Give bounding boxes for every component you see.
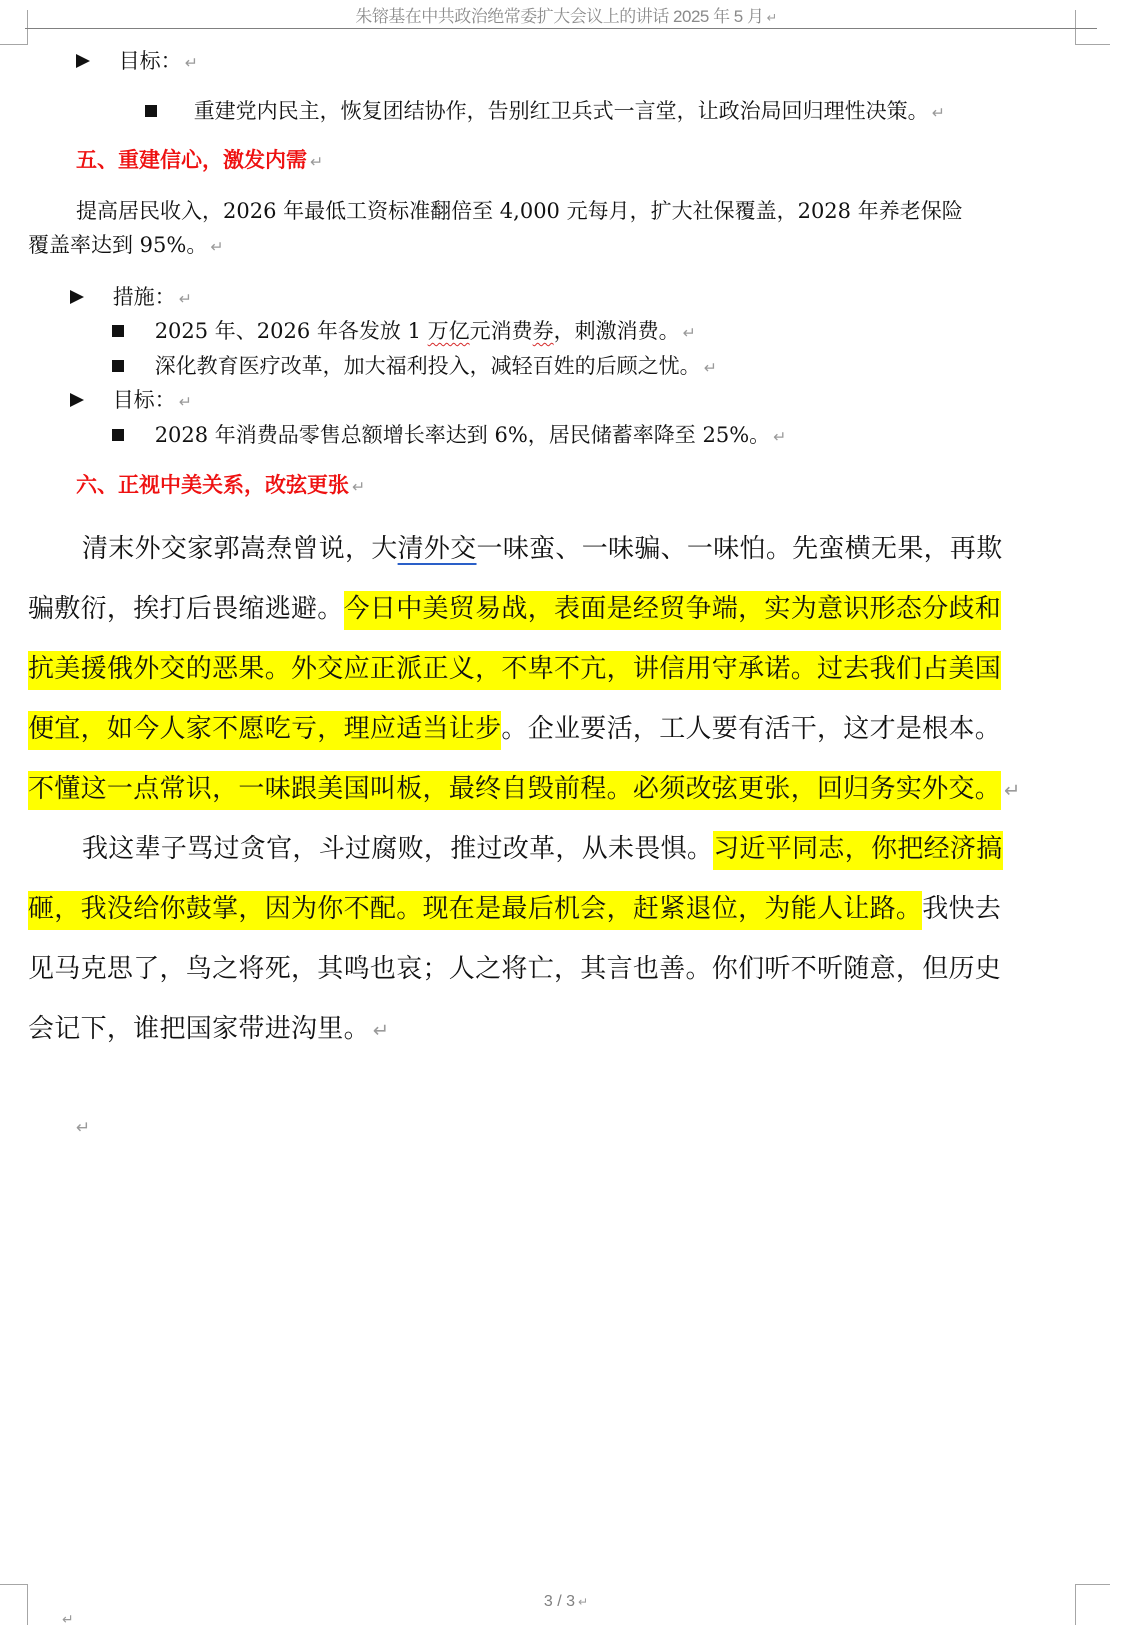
text-run: 我这辈子骂过贪官，斗过腐败，推过改革，从未畏惧。 xyxy=(82,834,713,864)
arrow-bullet-icon xyxy=(70,290,84,304)
section-heading: 六、正视中美关系，改弦更张↵ xyxy=(76,471,365,501)
list-item-level2: 2025 年、2026 年各发放 1 万亿元消费券，刺激消费。↵ xyxy=(112,317,696,347)
list-item-level1: 措施：↵ xyxy=(70,283,192,313)
square-bullet-icon xyxy=(145,105,157,117)
text-run: 2025 年、2026 年各发放 1 xyxy=(155,319,428,343)
highlighted-text: 便宜，如今人家不愿吃亏，理应适当让步 xyxy=(28,711,501,750)
paragraph-mark-icon: ↵ xyxy=(704,358,717,377)
paragraph-line: 覆盖率达到 95%。↵ xyxy=(28,231,224,261)
list-item-text: 2025 年、2026 年各发放 1 万亿元消费券，刺激消费。 xyxy=(155,319,680,343)
header-divider xyxy=(25,28,1097,29)
list-item-text: 2028 年消费品零售总额增长率达到 6%，居民储蓄率降至 25%。 xyxy=(155,423,770,447)
highlighted-text: 抗美援俄外交的恶果。外交应正派正义，不卑不亢，讲信用守承诺。过去我们占美国 xyxy=(28,651,1001,690)
page-number: 3 / 3 xyxy=(544,1593,575,1610)
paragraph-mark-icon: ↵ xyxy=(185,53,198,72)
document-page: 朱镕基在中共政治绝常委扩大会议上的讲话 2025 年 5 月↵ 目标：↵ 重建党… xyxy=(0,0,1132,1630)
hyperlink-underlined-text[interactable]: 清外交 xyxy=(398,534,477,564)
footer-paragraph-mark-icon: ↵ xyxy=(62,1612,74,1628)
paragraph-mark-icon: ↵ xyxy=(310,152,323,171)
paragraph-mark-icon: ↵ xyxy=(179,392,192,411)
paragraph-line: 见马克思了，鸟之将死，其鸣也哀；人之将亡，其言也善。你们听不听随意，但历史 xyxy=(28,949,1001,989)
square-bullet-icon xyxy=(112,360,124,372)
paragraph-mark-icon: ↵ xyxy=(352,477,365,496)
paragraph-text: 覆盖率达到 95%。 xyxy=(28,233,207,257)
paragraph-mark-icon: ↵ xyxy=(683,323,696,342)
paragraph-mark-icon: ↵ xyxy=(773,427,786,446)
paragraph-line: 抗美援俄外交的恶果。外交应正派正义，不卑不亢，讲信用守承诺。过去我们占美国 xyxy=(28,649,1001,689)
paragraph-line: 不懂这一点常识，一味跟美国叫板，最终自毁前程。必须改弦更张，回归务实外交。↵ xyxy=(28,769,1021,811)
page-footer: 3 / 3↵ xyxy=(0,1593,1132,1611)
list-item-level2: 重建党内民主，恢复团结协作，告别红卫兵式一言堂，让政治局回归理性决策。↵ xyxy=(145,97,945,127)
paragraph-line: 会记下，谁把国家带进沟里。↵ xyxy=(28,1009,390,1051)
arrow-bullet-icon xyxy=(76,54,90,68)
paragraph-mark-icon: ↵ xyxy=(932,103,945,122)
list-item-level1: 目标：↵ xyxy=(70,386,192,416)
header-title: 朱镕基在中共政治绝常委扩大会议上的讲话 2025 年 5 月 xyxy=(355,7,763,26)
paragraph-mark-icon: ↵ xyxy=(210,237,223,256)
text-run: ，刺激消费。 xyxy=(554,319,680,343)
page-header: 朱镕基在中共政治绝常委扩大会议上的讲话 2025 年 5 月↵ xyxy=(0,2,1132,27)
section-heading-text: 五、重建信心，激发内需 xyxy=(76,147,307,172)
paragraph-text: 提高居民收入，2026 年最低工资标准翻倍至 4,000 元每月，扩大社保覆盖，… xyxy=(76,199,963,223)
spellcheck-flagged-word[interactable]: 券 xyxy=(533,319,554,343)
list-item-level2: 2028 年消费品零售总额增长率达到 6%，居民储蓄率降至 25%。↵ xyxy=(112,421,786,451)
highlighted-text: 砸，我没给你鼓掌，因为你不配。现在是最后机会，赶紧退位，为能人让路。 xyxy=(28,891,922,930)
text-run: 我快去 xyxy=(922,894,1001,924)
list-label: 措施： xyxy=(113,285,176,309)
spellcheck-flagged-word[interactable]: 万亿 xyxy=(428,319,470,343)
paragraph-mark-icon: ↵ xyxy=(1004,779,1021,802)
text-run: 元消费 xyxy=(470,319,533,343)
text-run: 清末外交家郭嵩焘曾说，大 xyxy=(82,534,398,564)
text-run: 见马克思了，鸟之将死，其鸣也哀；人之将亡，其言也善。你们听不听随意，但历史 xyxy=(28,954,1001,984)
list-item-text: 重建党内民主，恢复团结协作，告别红卫兵式一言堂，让政治局回归理性决策。 xyxy=(194,99,929,123)
text-run: 会记下，谁把国家带进沟里。 xyxy=(28,1014,370,1044)
list-item-level2: 深化教育医疗改革，加大福利投入，减轻百姓的后顾之忧。↵ xyxy=(112,352,717,382)
paragraph-line: 砸，我没给你鼓掌，因为你不配。现在是最后机会，赶紧退位，为能人让路。我快去 xyxy=(28,889,1001,929)
paragraph-line: 提高居民收入，2026 年最低工资标准翻倍至 4,000 元每月，扩大社保覆盖，… xyxy=(76,197,963,225)
text-run: 一味蛮、一味骗、一味怕。先蛮横无果，再欺 xyxy=(477,534,1003,564)
section-heading: 五、重建信心，激发内需↵ xyxy=(76,146,323,176)
paragraph-line: 清末外交家郭嵩焘曾说，大清外交一味蛮、一味骗、一味怕。先蛮横无果，再欺 xyxy=(82,529,1003,569)
highlighted-text: 习近平同志，你把经济搞 xyxy=(713,831,1002,870)
paragraph-line: 骗敷衍，挨打后畏缩逃避。今日中美贸易战，表面是经贸争端，实为意识形态分歧和 xyxy=(28,589,1001,629)
paragraph-mark-icon: ↵ xyxy=(578,1595,588,1609)
empty-paragraph-mark-icon: ↵ xyxy=(76,1118,90,1138)
list-label: 目标： xyxy=(119,49,182,73)
paragraph-line: 便宜，如今人家不愿吃亏，理应适当让步。企业要活，工人要有活干，这才是根本。 xyxy=(28,709,1001,749)
arrow-bullet-icon xyxy=(70,393,84,407)
highlighted-text: 不懂这一点常识，一味跟美国叫板，最终自毁前程。必须改弦更张，回归务实外交。 xyxy=(28,771,1001,810)
list-item-level1: 目标：↵ xyxy=(76,47,198,77)
paragraph-mark-icon: ↵ xyxy=(766,11,776,26)
list-item-text: 深化教育医疗改革，加大福利投入，减轻百姓的后顾之忧。 xyxy=(155,354,701,378)
square-bullet-icon xyxy=(112,429,124,441)
paragraph-line: 我这辈子骂过贪官，斗过腐败，推过改革，从未畏惧。习近平同志，你把经济搞 xyxy=(82,829,1003,869)
paragraph-mark-icon: ↵ xyxy=(179,289,192,308)
highlighted-text: 今日中美贸易战，表面是经贸争端，实为意识形态分歧和 xyxy=(344,591,1002,630)
list-label: 目标： xyxy=(113,388,176,412)
text-run: 骗敷衍，挨打后畏缩逃避。 xyxy=(28,594,344,624)
square-bullet-icon xyxy=(112,325,124,337)
text-run: 。企业要活，工人要有活干，这才是根本。 xyxy=(501,714,1001,744)
section-heading-text: 六、正视中美关系，改弦更张 xyxy=(76,472,349,497)
paragraph-mark-icon: ↵ xyxy=(373,1019,390,1042)
